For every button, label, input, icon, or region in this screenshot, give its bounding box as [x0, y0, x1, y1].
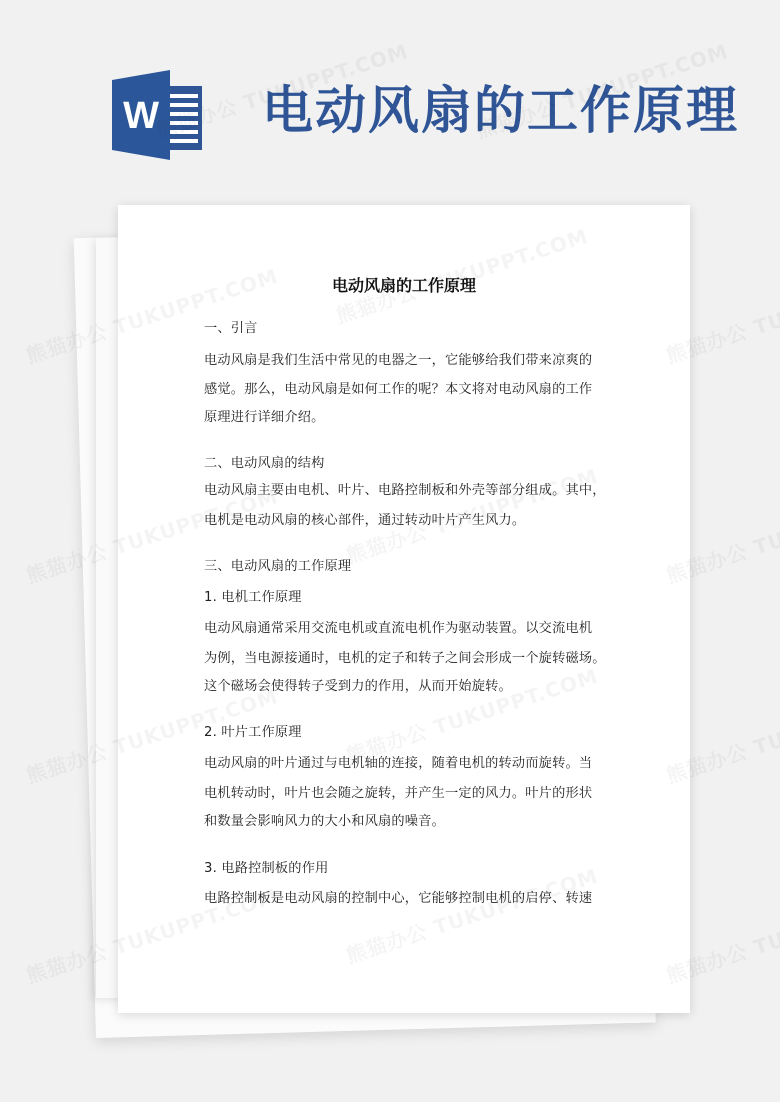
document-line: 3. 电路控制板的作用 — [204, 857, 328, 876]
document-title: 电动风扇的工作原理 — [118, 273, 690, 296]
document-line: 2. 叶片工作原理 — [204, 721, 302, 740]
document-line: 和数量会影响风力的大小和风扇的噪音。 — [204, 810, 445, 829]
banner-header: W 电动风扇的工作原理 — [0, 0, 780, 190]
document-line: 三、电动风扇的工作原理 — [204, 555, 351, 574]
document-line: 电机是电动风扇的核心部件，通过转动叶片产生风力。 — [204, 509, 525, 528]
svg-text:W: W — [123, 95, 159, 137]
document-line: 这个磁场会使得转子受到力的作用，从而开始旋转。 — [204, 675, 512, 694]
document-line: 1. 电机工作原理 — [204, 586, 302, 605]
document-line: 感觉。那么，电动风扇是如何工作的呢？本文将对电动风扇的工作 — [204, 378, 592, 397]
document-page: 电动风扇的工作原理 一、引言电动风扇是我们生活中常见的电器之一，它能够给我们带来… — [118, 205, 690, 1013]
document-line: 电动风扇的叶片通过与电机轴的连接，随着电机的转动而旋转。当 — [204, 752, 592, 771]
document-line: 二、电动风扇的结构 — [204, 452, 325, 471]
document-line: 电动风扇主要由电机、叶片、电路控制板和外壳等部分组成。其中， — [204, 479, 606, 498]
document-line: 电动风扇是我们生活中常见的电器之一，它能够给我们带来凉爽的 — [204, 349, 592, 368]
document-line: 电机转动时，叶片也会随之旋转，并产生一定的风力。叶片的形状 — [204, 782, 592, 801]
document-line: 为例，当电源接通时，电机的定子和转子之间会形成一个旋转磁场。 — [204, 647, 606, 666]
document-line: 原理进行详细介绍。 — [204, 406, 325, 425]
word-app-icon: W — [108, 68, 208, 162]
banner-title: 电动风扇的工作原理 — [262, 78, 739, 144]
document-line: 电动风扇通常采用交流电机或直流电机作为驱动装置。以交流电机 — [204, 617, 592, 636]
document-line: 电路控制板是电动风扇的控制中心，它能够控制电机的启停、转速 — [204, 887, 592, 906]
document-line: 一、引言 — [204, 317, 258, 336]
